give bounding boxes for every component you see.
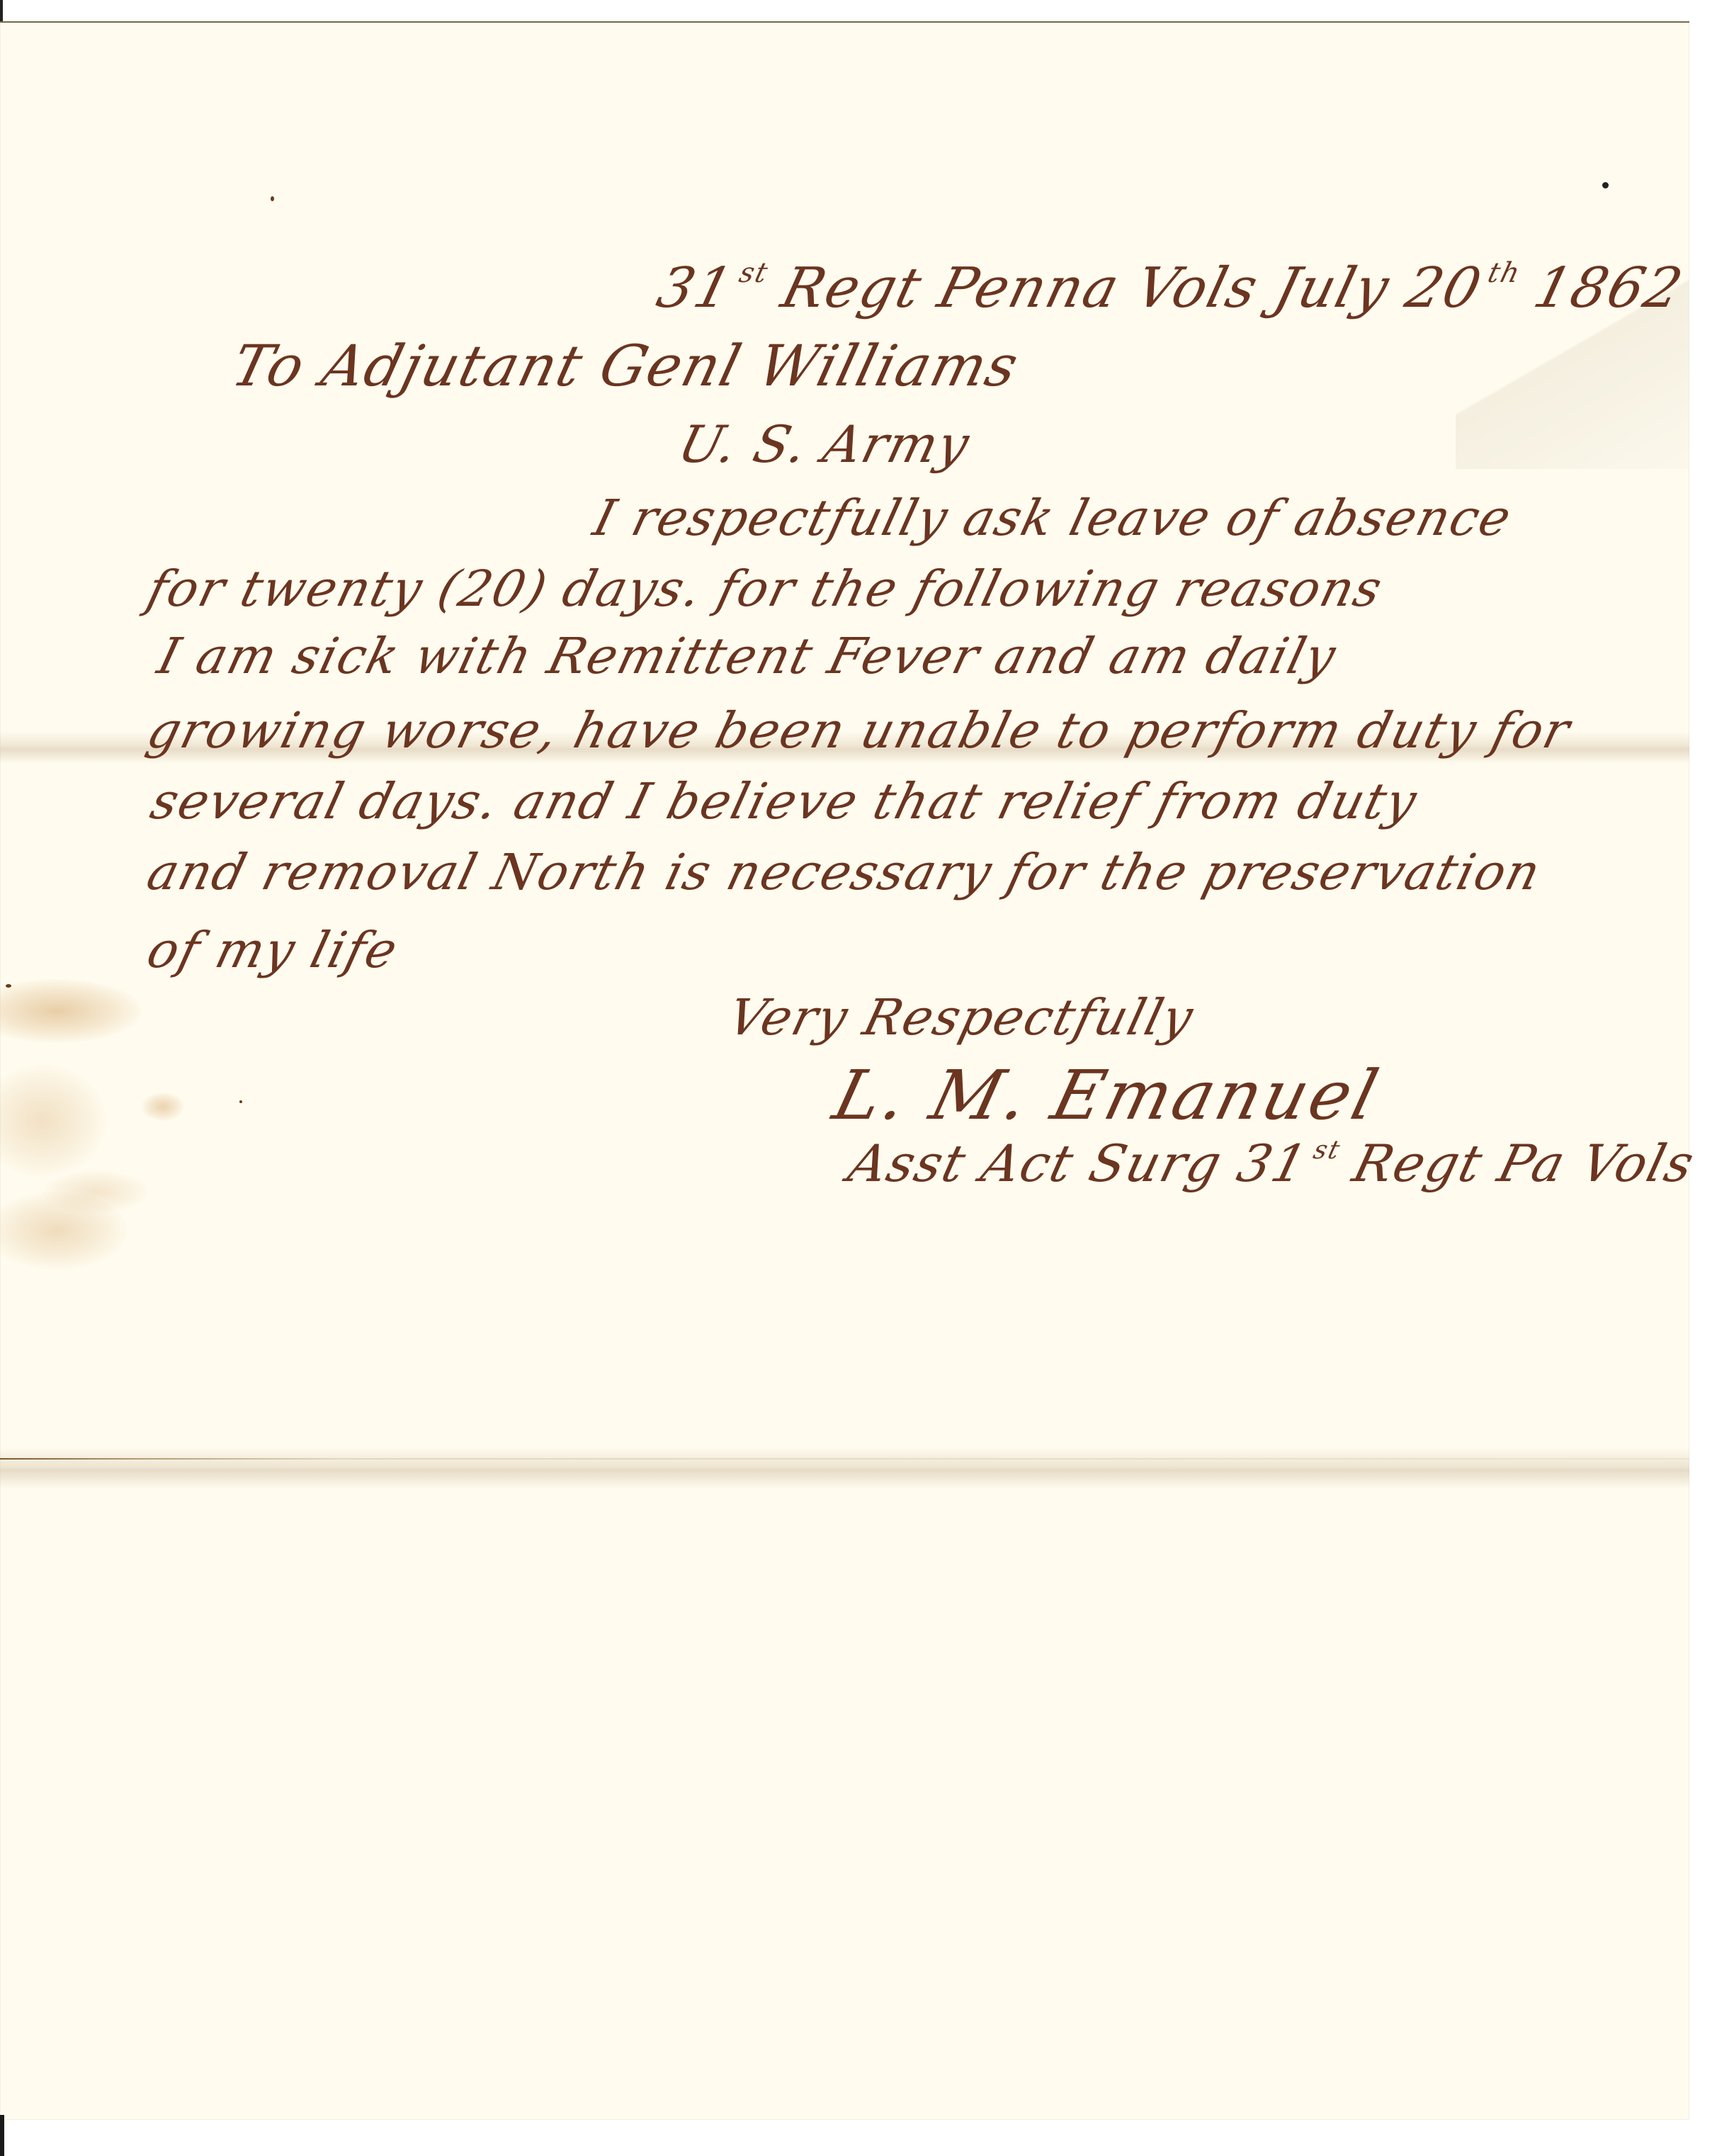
date-ordinal: th (1485, 257, 1524, 289)
letter-header: 31st Regt Penna Vols July 20th 1862 (651, 256, 1690, 320)
signer-title-rest: Regt Pa Vols (1347, 1134, 1701, 1193)
body-line: of my life (142, 921, 404, 979)
regiment-number: 31 (651, 256, 740, 320)
body-line: for twenty (20) days. for the following … (142, 560, 1389, 618)
signer-title: Asst Act Surg 31st Regt Pa Vols (843, 1134, 1701, 1193)
body-line: I respectfully ask leave of absence (588, 489, 1518, 547)
paper-crease-lower (0, 1447, 1689, 1489)
body-line: I am sick with Remittent Fever and am da… (152, 627, 1343, 685)
ink-speck (239, 1100, 242, 1103)
signer-title-ordinal: st (1310, 1136, 1344, 1165)
scan-edge-mark (0, 0, 3, 23)
ink-speck (1602, 182, 1609, 188)
signer-title-prefix: Asst Act Surg 31 (843, 1134, 1315, 1193)
salutation-organization: U. S. Army (673, 414, 977, 474)
ink-speck (6, 984, 11, 988)
paper-fold-line (0, 1458, 1689, 1460)
scan-edge-mark (0, 2115, 4, 2156)
date-year: 1862 (1527, 256, 1689, 320)
water-stain (42, 1170, 149, 1213)
salutation-addressee: To Adjutant Genl Williams (225, 333, 1026, 399)
signature: L. M. Emanuel (826, 1056, 1388, 1135)
water-stain (142, 1093, 184, 1121)
water-stain (0, 979, 142, 1043)
water-stain (0, 1064, 106, 1178)
valediction: Very Respectfully (722, 988, 1200, 1046)
date-month: July (1268, 256, 1396, 320)
body-line: and removal North is necessary for the p… (142, 843, 1548, 901)
body-line: growing worse, have been unable to perfo… (142, 701, 1577, 760)
body-line: several days. and I believe that relief … (145, 772, 1424, 830)
regiment-text: Regt Penna Vols (776, 256, 1265, 320)
ink-speck (271, 196, 274, 201)
date-day: 20 (1400, 256, 1489, 320)
regiment-ordinal: st (736, 257, 772, 289)
